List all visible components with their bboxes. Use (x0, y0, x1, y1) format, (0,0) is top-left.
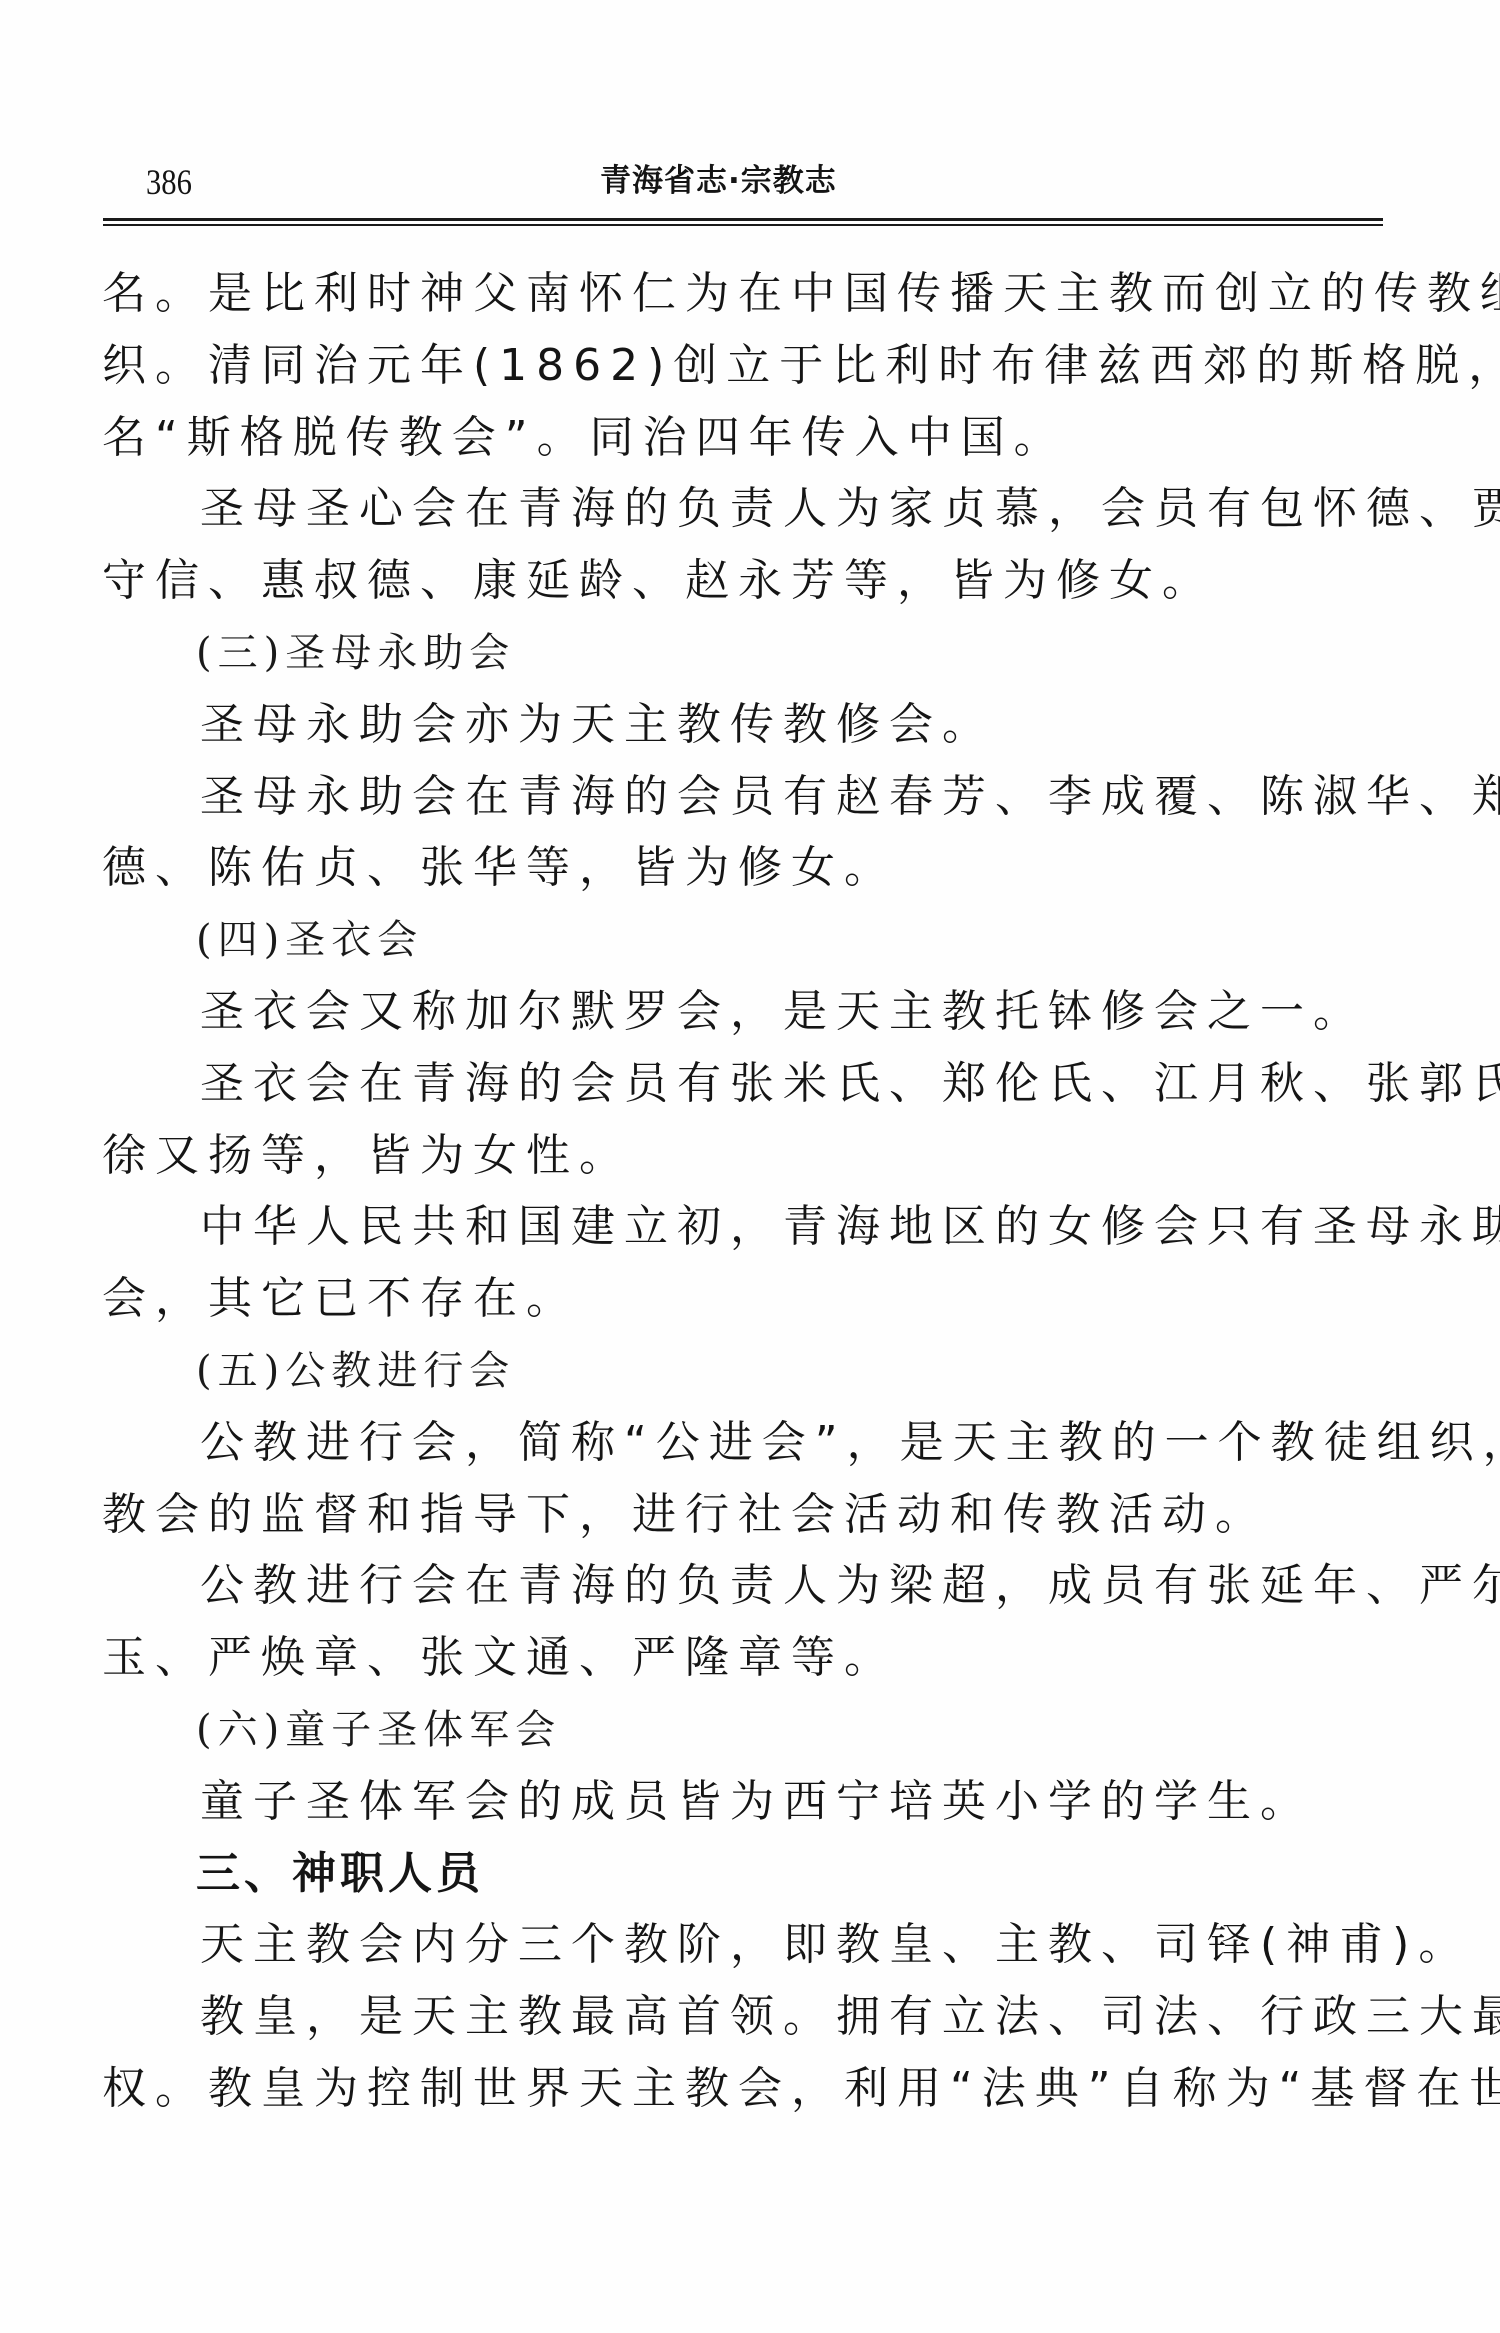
body-line: 圣母永助会在青海的会员有赵春芳、李成覆、陈淑华、郑怀 (200, 769, 1490, 829)
body-line: 童子圣体军会的成员皆为西宁培英小学的学生。 (200, 1774, 1490, 1834)
body-line: 玉、严焕章、张文通、严隆章等。 (102, 1630, 1392, 1690)
running-title: 青海省志·宗教志 (600, 161, 890, 201)
body-line: 天主教会内分三个教阶，即教皇、主教、司铎(神甫)。 (200, 1917, 1490, 1977)
body-line: 会，其它已不存在。 (102, 1271, 1392, 1331)
body-line: 圣母圣心会在青海的负责人为家贞慕，会员有包怀德、贾 (200, 481, 1490, 541)
body-line: 教皇，是天主教最高首领。拥有立法、司法、行政三大最高 (200, 1989, 1490, 2049)
body-line: 权。教皇为控制世界天主教会，利用“法典”自称为“基督在世代 (102, 2061, 1392, 2121)
body-line: 徐又扬等，皆为女性。 (102, 1128, 1392, 1188)
body-line: 守信、惠叔德、康延龄、赵永芳等，皆为修女。 (102, 553, 1392, 613)
section-heading: 三、神职人员 (196, 1846, 1486, 1906)
body-line: 中华人民共和国建立初，青海地区的女修会只有圣母永助 (200, 1199, 1490, 1259)
body-line: 圣母永助会亦为天主教传教修会。 (200, 697, 1490, 757)
body-line: 名“斯格脱传教会”。同治四年传入中国。 (102, 410, 1392, 470)
page-number: 386 (146, 162, 192, 202)
subsection-heading: (三)圣母永助会 (196, 625, 1486, 685)
subsection-heading: (四)圣衣会 (196, 912, 1486, 972)
header-rule-thick (103, 218, 1383, 221)
body-line: 圣衣会又称加尔默罗会，是天主教托钵修会之一。 (200, 984, 1490, 1044)
subsection-heading: (六)童子圣体军会 (196, 1702, 1486, 1762)
body-line: 名。是比利时神父南怀仁为在中国传播天主教而创立的传教组 (102, 266, 1392, 326)
header-rule-thin (103, 224, 1383, 226)
body-line: 德、陈佑贞、张华等，皆为修女。 (102, 840, 1392, 900)
body-line: 圣衣会在青海的会员有张米氏、郑伦氏、江月秋、张郭氏、 (200, 1056, 1490, 1116)
subsection-heading: (五)公教进行会 (196, 1343, 1486, 1403)
body-line: 公教进行会，简称“公进会”，是天主教的一个教徒组织，在 (200, 1415, 1490, 1475)
body-line: 公教进行会在青海的负责人为梁超，成员有张延年、严尔 (200, 1558, 1490, 1618)
body-line: 教会的监督和指导下，进行社会活动和传教活动。 (102, 1487, 1392, 1547)
document-page: 386 青海省志·宗教志 名。是比利时神父南怀仁为在中国传播天主教而创立的传教组… (0, 0, 1500, 2333)
body-line: 织。清同治元年(1862)创立于比利时布律兹西郊的斯格脱，又 (102, 338, 1392, 398)
